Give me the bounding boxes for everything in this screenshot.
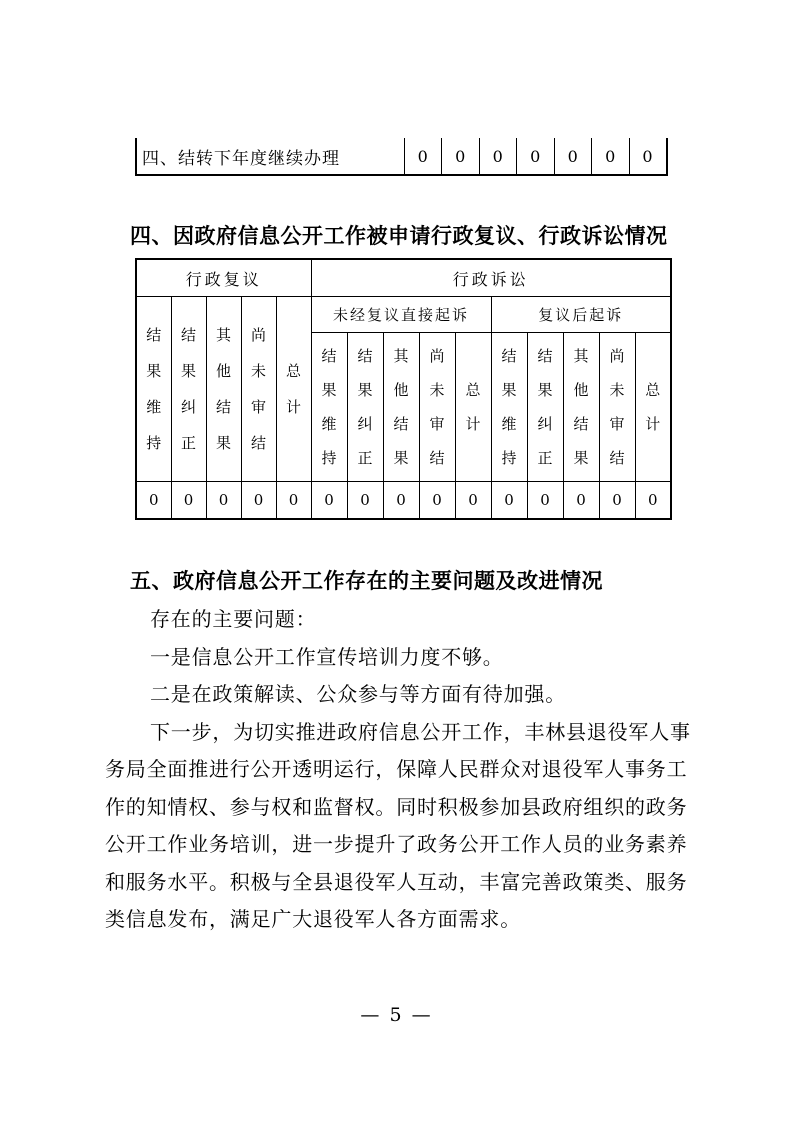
body-line: 一是信息公开工作宣传培训力度不够。 bbox=[105, 639, 705, 677]
table-cell: 0 bbox=[171, 482, 206, 520]
table-cell: 0 bbox=[241, 482, 276, 520]
table-cell: 0 bbox=[136, 482, 171, 520]
table-cell: 0 bbox=[592, 138, 630, 175]
col-header: 结 果 维 持 bbox=[491, 333, 527, 482]
col-header: 尚 未 审 结 bbox=[241, 297, 276, 482]
subgroup-header-after: 复议后起诉 bbox=[491, 297, 671, 333]
body-line: 作的知情权、参与权和监督权。同时积极参加县政府组织的政务 bbox=[105, 789, 705, 827]
group-header-litigation: 行政诉讼 bbox=[311, 259, 671, 297]
table-cell: 0 bbox=[491, 482, 527, 520]
table-cell: 0 bbox=[479, 138, 517, 175]
table-group-header-row: 行政复议 行政诉讼 bbox=[136, 259, 671, 297]
body-line: 二是在政策解读、公众参与等方面有待加强。 bbox=[105, 676, 705, 714]
body-line: 存在的主要问题： bbox=[105, 601, 705, 639]
table-cell: 0 bbox=[404, 138, 442, 175]
table-cell: 0 bbox=[527, 482, 563, 520]
col-header: 结 果 纠 正 bbox=[171, 297, 206, 482]
page-number: — 5 — bbox=[0, 1004, 793, 1026]
table-cell: 0 bbox=[383, 482, 419, 520]
table-cell: 0 bbox=[206, 482, 241, 520]
section-4-heading: 四、因政府信息公开工作被申请行政复议、行政诉讼情况 bbox=[130, 221, 668, 251]
body-line: 公开工作业务培训，进一步提升了政务公开工作人员的业务素养 bbox=[105, 826, 705, 864]
table-cell: 0 bbox=[442, 138, 480, 175]
table-cell: 0 bbox=[419, 482, 455, 520]
col-header: 总 计 bbox=[276, 297, 311, 482]
col-header: 尚 未 审 结 bbox=[419, 333, 455, 482]
table-cell: 0 bbox=[629, 138, 667, 175]
col-header: 结 果 纠 正 bbox=[347, 333, 383, 482]
table-data-row: 0 0 0 0 0 0 0 0 0 0 0 0 0 0 0 bbox=[136, 482, 671, 520]
table-cell: 0 bbox=[635, 482, 671, 520]
group-header-review: 行政复议 bbox=[136, 259, 311, 297]
body-line: 和服务水平。积极与全县退役军人互动，丰富完善政策类、服务 bbox=[105, 864, 705, 902]
col-header: 总 计 bbox=[635, 333, 671, 482]
table-subheader-row: 结 果 维 持 结 果 纠 正 其 他 结 果 尚 未 审 结 总 计 未经复议… bbox=[136, 297, 671, 333]
body-text: 存在的主要问题： 一是信息公开工作宣传培训力度不够。 二是在政策解读、公众参与等… bbox=[105, 601, 705, 939]
body-line: 下一步，为切实推进政府信息公开工作，丰林县退役军人事 bbox=[105, 714, 705, 752]
col-header: 其 他 结 果 bbox=[563, 333, 599, 482]
col-header: 其 他 结 果 bbox=[206, 297, 241, 482]
document-page: 四、结转下年度继续办理 0 0 0 0 0 0 0 四、因政府信息公开工作被申请… bbox=[0, 0, 793, 1122]
table-cell: 0 bbox=[517, 138, 555, 175]
col-header: 结 果 维 持 bbox=[136, 297, 171, 482]
col-header: 结 果 纠 正 bbox=[527, 333, 563, 482]
body-line: 务局全面推进行公开透明运行，保障人民群众对退役军人事务工 bbox=[105, 751, 705, 789]
table-cell: 0 bbox=[563, 482, 599, 520]
table-cell: 0 bbox=[455, 482, 491, 520]
body-line: 类信息发布，满足广大退役军人各方面需求。 bbox=[105, 901, 705, 939]
col-header: 尚 未 审 结 bbox=[599, 333, 635, 482]
section-5-heading: 五、政府信息公开工作存在的主要问题及改进情况 bbox=[130, 566, 603, 596]
table-row: 四、结转下年度继续办理 0 0 0 0 0 0 0 bbox=[136, 138, 667, 175]
table-cell: 0 bbox=[599, 482, 635, 520]
table-cell: 0 bbox=[276, 482, 311, 520]
review-litigation-table: 行政复议 行政诉讼 结 果 维 持 结 果 纠 正 其 他 结 果 尚 未 审 … bbox=[135, 258, 672, 520]
subgroup-header-direct: 未经复议直接起诉 bbox=[311, 297, 491, 333]
col-header: 其 他 结 果 bbox=[383, 333, 419, 482]
col-header: 总 计 bbox=[455, 333, 491, 482]
row-label: 四、结转下年度继续办理 bbox=[136, 138, 404, 175]
table-cell: 0 bbox=[554, 138, 592, 175]
col-header: 结 果 维 持 bbox=[311, 333, 347, 482]
carryover-table-fragment: 四、结转下年度继续办理 0 0 0 0 0 0 0 bbox=[135, 138, 668, 176]
table-cell: 0 bbox=[347, 482, 383, 520]
table-cell: 0 bbox=[311, 482, 347, 520]
